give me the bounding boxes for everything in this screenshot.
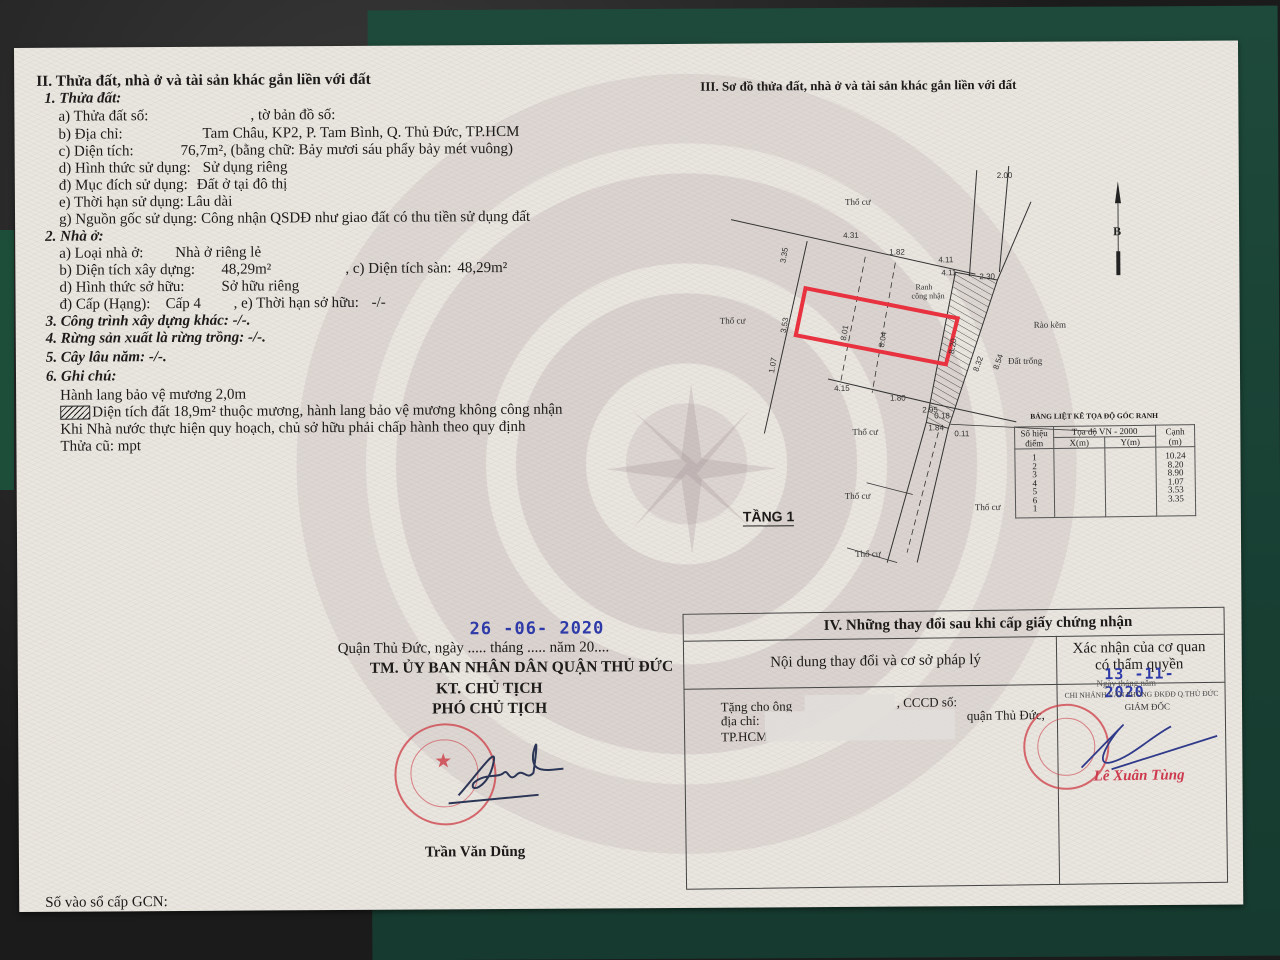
svg-text:Thổ cư: Thổ cư [720,316,747,326]
entry-line3: TP.HCM [721,730,768,744]
svg-text:Rào kẽm: Rào kẽm [1034,320,1066,330]
hatch-legend-icon [60,406,90,420]
section2-title: II. Thửa đất, nhà ở và tài sản khác gắn … [36,72,371,90]
coord-table: Số hiệu điểm Tọa độ VN - 2000 Cạnh (m) X… [1014,424,1196,518]
grade-label: đ) Cấp (Hạng): [60,297,151,313]
svg-text:0.18: 0.18 [934,411,950,420]
use-form-value: Sử dụng riêng [203,160,288,176]
svg-text:1.80: 1.80 [890,394,906,403]
svg-text:4.11: 4.11 [938,255,954,264]
section4-title: IV. Những thay đổi sau khi cấp giấy chứn… [824,615,1133,634]
ownership-value: Sở hữu riêng [221,279,299,294]
svg-text:0.11: 0.11 [954,429,970,438]
green-cover-edge [0,230,14,490]
certificate-page: II. Thửa đất, nhà ở và tài sản khác gắn … [14,41,1243,912]
notes-heading: 6. Ghi chú: [46,369,117,384]
change-date-line: Ngày tháng năm [1096,679,1156,689]
redacted-name [805,694,895,711]
floor-label: TẦNG 1 [743,509,794,526]
svg-text:4.15: 4.15 [834,384,850,393]
section3-title: III. Sơ đồ thửa đất, nhà ở và tài sản kh… [700,78,1016,93]
header-x: X(m) [1054,437,1105,449]
changes-table: IV. Những thay đổi sau khi cấp giấy chứn… [683,607,1229,890]
svg-text:công nhận: công nhận [912,291,945,300]
svg-text:3.53: 3.53 [779,316,791,333]
own-term-label: , e) Thời hạn sở hữu: [234,296,359,312]
signature-icon [438,733,568,814]
house-heading: 2. Nhà ở: [45,229,104,244]
signer-name: Trần Văn Dũng [425,845,525,861]
origin-label: g) Nguồn gốc sử dụng: [59,212,197,228]
col-content-header: Nội dung thay đổi và cơ sở pháp lý [770,653,981,671]
header-point: Số hiệu điểm [1015,427,1054,450]
perennial: 5. Cây lâu năm: -/-. [46,350,167,366]
svg-text:Thổ cư: Thổ cư [855,549,882,559]
header-edge: Cạnh (m) [1156,425,1195,448]
north-arrow-icon: B [1111,181,1126,275]
parcel-label: a) Thửa đất số: [58,109,148,125]
svg-text:Thổ cư: Thổ cư [845,197,872,207]
origin-value: Công nhận QSDĐ như giao đất có thu tiền … [201,210,530,227]
term-label: e) Thời hạn sử dụng: [59,195,184,211]
issuing-org: TM. ỦY BAN NHÂN DÂN QUẬN THỦ ĐỨC [370,659,673,676]
grade-value: Cấp 4 [166,297,202,312]
purpose-value: Đất ở tại đô thị [197,177,288,193]
svg-text:1.82: 1.82 [889,248,905,257]
svg-text:4.31: 4.31 [843,231,859,240]
forest: 4. Rừng sản xuất là rừng trồng: -/-. [46,330,266,346]
note-line: Diện tích đất 18,9m² thuộc mương, hành l… [92,403,562,421]
registration-office: CHI NHÁNH VĂN PHÒNG ĐKĐĐ Q.THỦ ĐỨC [1065,690,1219,700]
use-form-label: d) Hình thức sử dụng: [59,161,191,177]
svg-text:4.11: 4.11 [941,268,957,277]
svg-text:3.35: 3.35 [778,246,790,263]
other-construction: 3. Công trình xây dựng khác: -/-. [46,314,251,330]
svg-text:2.30: 2.30 [979,272,995,281]
address-value: Tam Châu, KP2, P. Tam Bình, Q. Thủ Đức, … [202,125,519,142]
house-type-value: Nhà ở riêng lẻ [175,245,261,261]
svg-text:Thổ cư: Thổ cư [975,502,1002,512]
svg-text:Thổ cư: Thổ cư [845,491,872,501]
issue-date-stamp: 26 -06- 2020 [469,618,604,639]
note-line: Hành lang bảo vệ mương 2,0m [60,388,246,404]
header-y: Y(m) [1105,436,1156,448]
term-value: Lâu dài [187,195,232,210]
svg-text:8.54: 8.54 [991,352,1005,370]
signer-title: PHÓ CHỦ TỊCH [432,701,547,717]
area-value: 76,7m², (bằng chữ: Bảy mươi sáu phẩy bảy… [181,142,513,159]
director-name: Lê Xuân Tùng [1094,768,1185,784]
floor-area-value: 48,29m² [457,261,507,276]
svg-text:Ranh: Ranh [915,282,932,291]
own-term-value: -/- [372,296,386,311]
note-line: Khi Nhà nước thực hiện quy hoạch, chủ sở… [60,420,525,438]
svg-text:2.00: 2.00 [997,171,1013,180]
coord-table-title: BẢNG LIỆT KÊ TỌA ĐỘ GÓC RANH [1030,412,1158,420]
svg-text:Thổ cư: Thổ cư [852,427,879,437]
map-sheet-label: , tờ bản đồ số: [250,108,335,124]
ownership-label: d) Hình thức sở hữu: [59,280,184,296]
note-line: Thửa cũ: mpt [60,439,141,454]
svg-text:Đất trống: Đất trống [1008,356,1043,366]
svg-text:8.04: 8.04 [877,331,889,348]
floor-area-label: , c) Diện tích sàn: [345,261,451,277]
entry-line2a: địa chỉ: [721,714,760,728]
entry-line1b: , CCCD số: [897,695,957,709]
svg-text:8.01: 8.01 [839,324,851,341]
svg-text:1.84: 1.84 [928,423,944,432]
purpose-label: đ) Mục đích sử dụng: [59,178,188,194]
redacted-address [765,709,955,741]
land-heading: 1. Thửa đất: [44,91,121,106]
svg-text:1.07: 1.07 [767,356,779,373]
register-number-label: Số vào sổ cấp GCN: [45,895,168,911]
build-area-label: b) Diện tích xây dựng: [59,263,195,279]
svg-text:B: B [1113,224,1121,238]
address-label: b) Địa chỉ: [58,127,122,142]
place-date: Quận Thủ Đức, ngày ..... tháng ..... năm… [338,640,610,657]
signer-for: KT. CHỦ TỊCH [436,681,543,697]
house-type-label: a) Loại nhà ở: [59,246,143,262]
area-label: c) Diện tích: [59,144,134,159]
build-area-value: 48,29m² [221,262,271,277]
svg-text:8.32: 8.32 [971,355,985,373]
